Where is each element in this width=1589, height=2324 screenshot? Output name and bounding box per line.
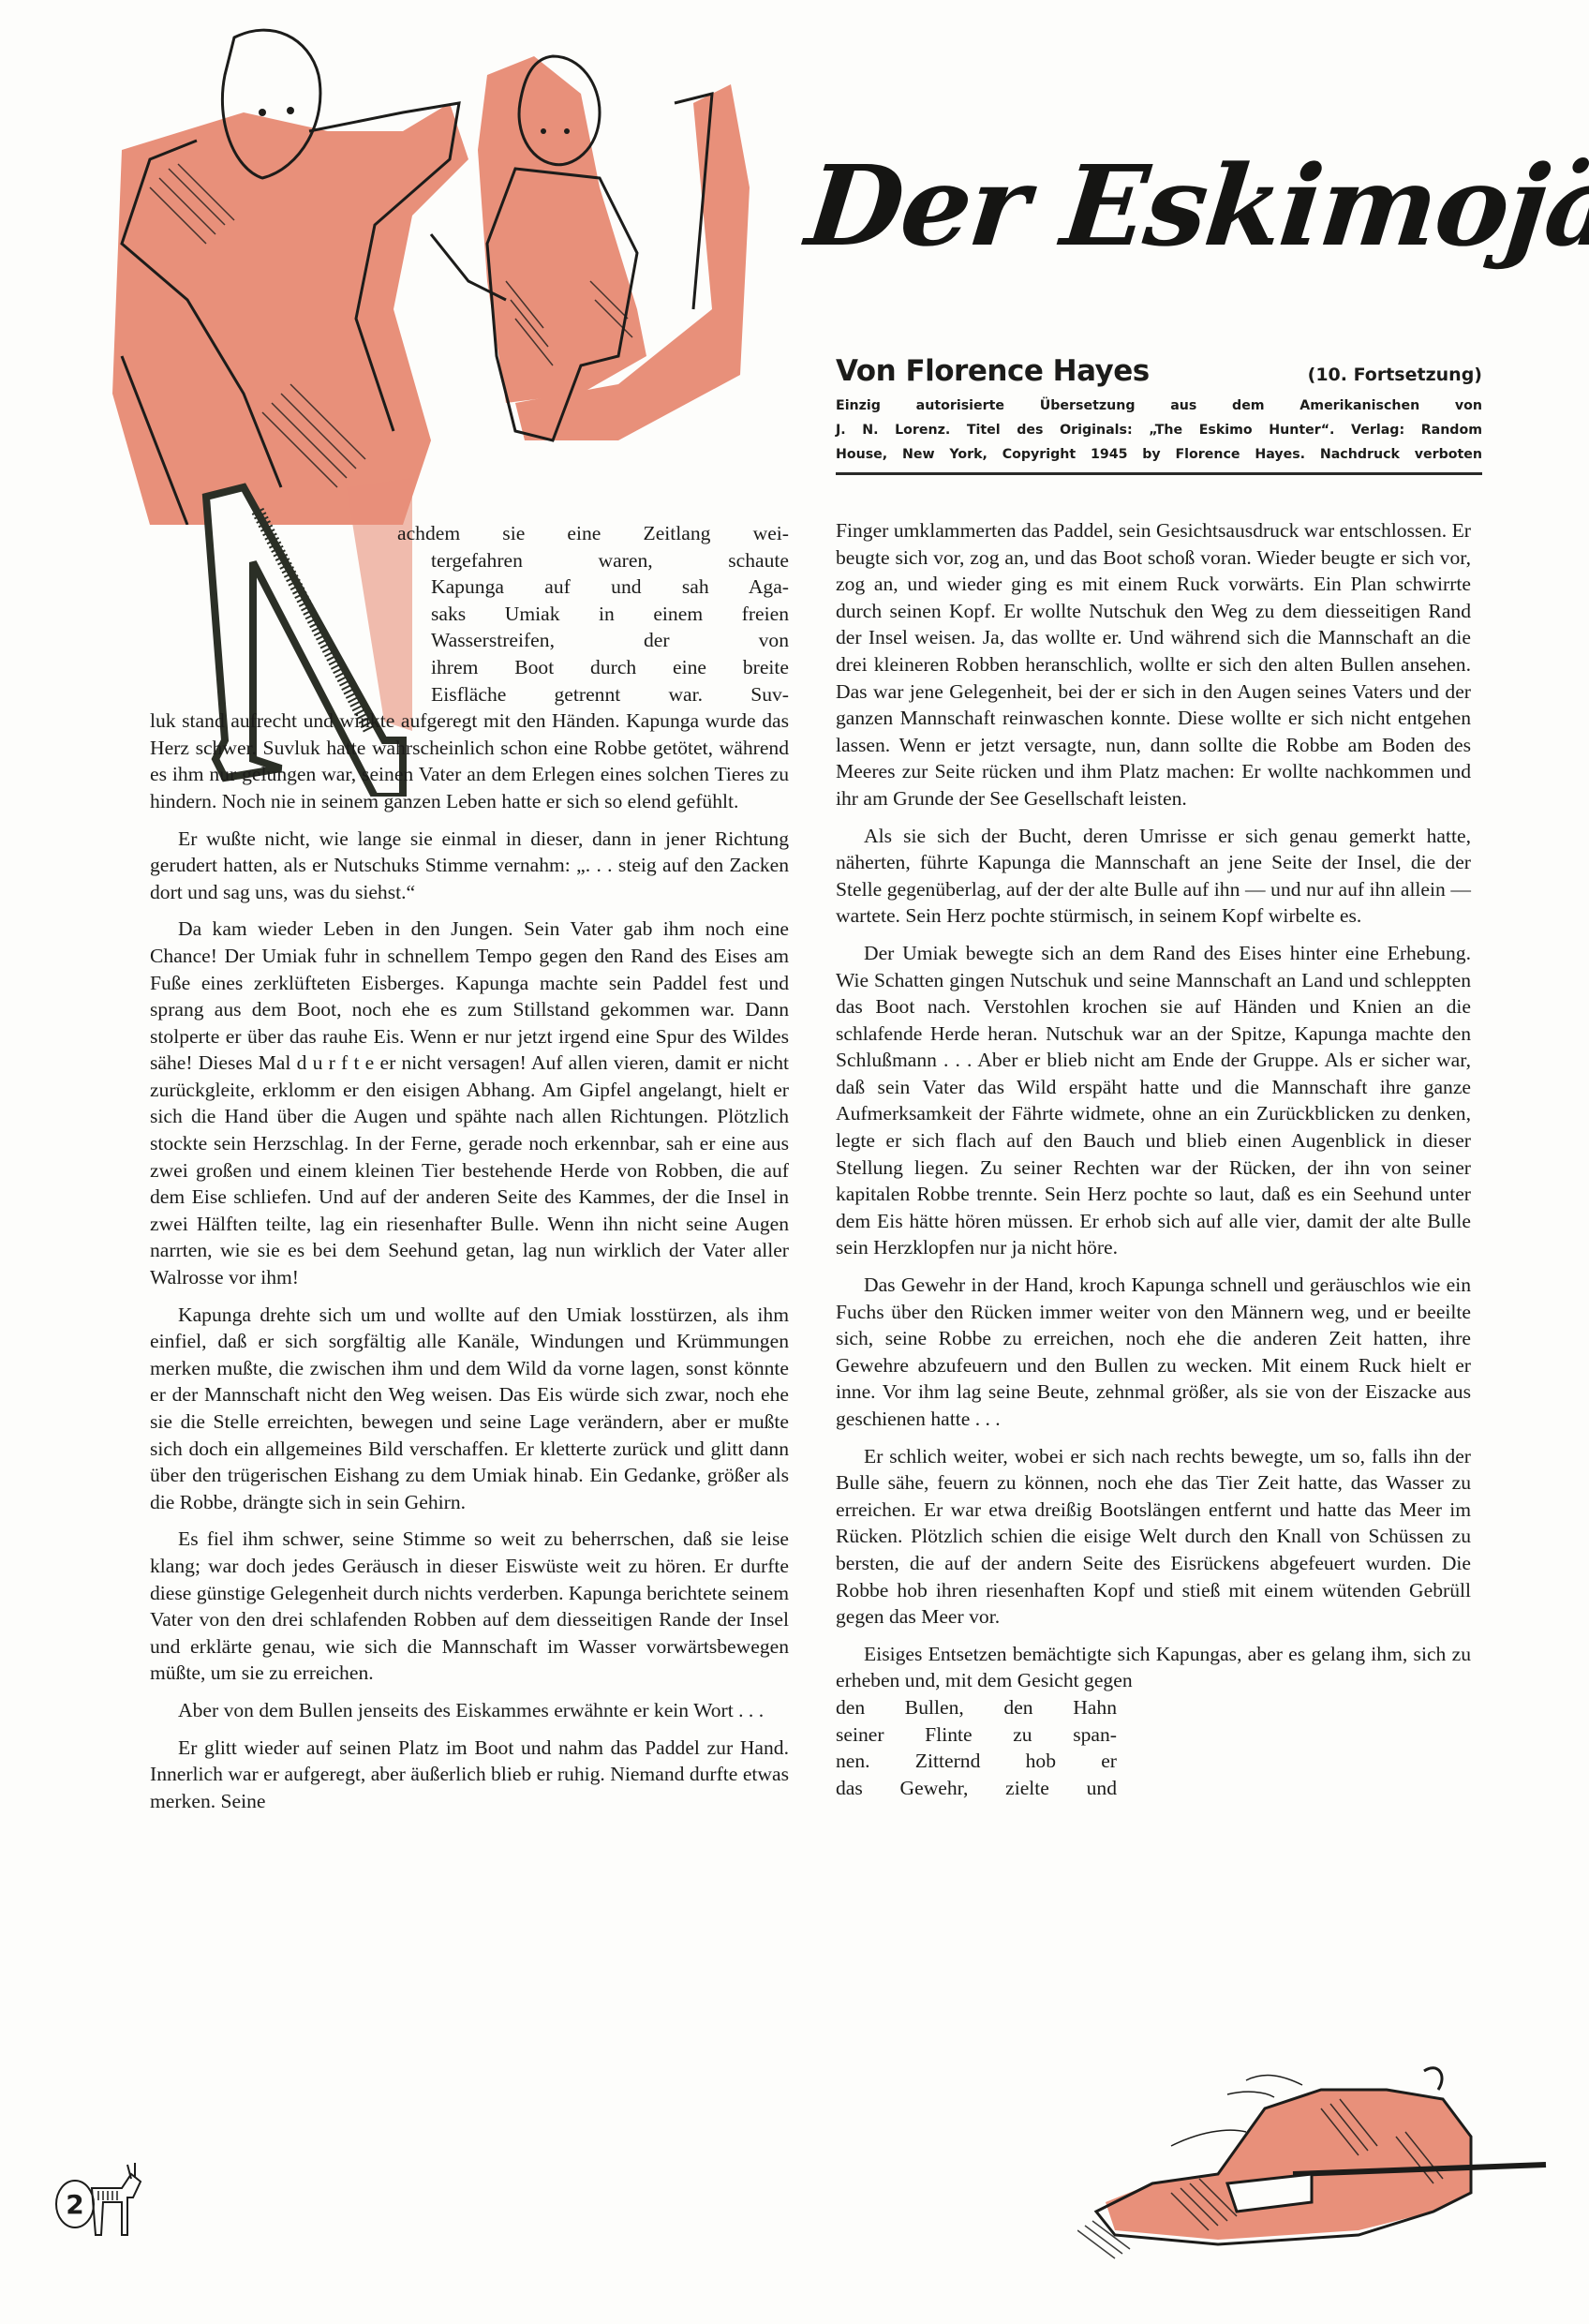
paragraph: Aber von dem Bullen jenseits des Eiskamm… bbox=[150, 1697, 789, 1724]
article-title: Der Eskimojäger bbox=[801, 141, 1555, 272]
text-line: achdem sie eine Zeitlang wei- bbox=[397, 520, 789, 547]
author-row: Von Florence Hayes (10. Fortsetzung) bbox=[836, 354, 1482, 388]
text-line: den Bullen, den Hahn bbox=[836, 1694, 1117, 1721]
wrapped-lines: den Bullen, den Hahn seiner Flinte zu sp… bbox=[836, 1694, 1117, 1801]
dropcap-indented-lines: achdem sie eine Zeitlang wei- tergefahre… bbox=[150, 520, 789, 708]
translation-credits: Einzig autorisierte Übersetzung aus dem … bbox=[836, 394, 1482, 467]
eskimo-hunter-illustration-icon bbox=[94, 0, 806, 525]
page-number-badge: 2 bbox=[47, 2146, 150, 2249]
paragraph: Eisiges Entsetzen bemächtigte sich Kapun… bbox=[836, 1641, 1471, 1694]
left-column: achdem sie eine Zeitlang wei- tergefahre… bbox=[150, 520, 789, 1825]
header-illustration bbox=[94, 0, 806, 525]
author-name: Von Florence Hayes bbox=[836, 354, 1150, 388]
paragraph: Er glitt wieder auf seinen Platz im Boot… bbox=[150, 1735, 789, 1815]
credits-line: Einzig autorisierte Übersetzung aus dem … bbox=[836, 394, 1482, 418]
installment-label: (10. Fortsetzung) bbox=[1308, 365, 1482, 385]
paragraph: Das Gewehr in der Hand, kroch Kapunga sc… bbox=[836, 1272, 1471, 1433]
text-line: Eisfläche getrennt war. Suv- bbox=[431, 681, 789, 708]
paragraph: Da kam wieder Leben in den Jungen. Sein … bbox=[150, 916, 789, 1290]
text-line: ihrem Boot durch eine breite bbox=[431, 654, 789, 681]
byline-block: Von Florence Hayes (10. Fortsetzung) Ein… bbox=[836, 354, 1482, 475]
donkey-icon: 2 bbox=[47, 2146, 150, 2249]
right-column: Finger umklammerten das Paddel, sein Ges… bbox=[836, 517, 1471, 1801]
paragraph: Kapunga drehte sich um und wollte auf de… bbox=[150, 1302, 789, 1516]
paragraph: Als sie sich der Bucht, deren Umrisse er… bbox=[836, 823, 1471, 930]
credits-line: J. N. Lorenz. Titel des Originals: „The … bbox=[836, 418, 1482, 442]
text-line: tergefahren waren, schaute bbox=[431, 547, 789, 574]
paragraph: Finger umklammerten das Paddel, sein Ges… bbox=[836, 517, 1471, 812]
text-line: Kapunga auf und sah Aga- bbox=[431, 574, 789, 601]
text-line: Wasserstreifen, der von bbox=[431, 627, 789, 654]
title-divider bbox=[836, 472, 1482, 475]
paragraph: Er schlich weiter, wobei er sich nach re… bbox=[836, 1443, 1471, 1631]
paragraph: luk stand aufrecht und winkte aufgeregt … bbox=[150, 708, 789, 814]
hunter-with-rifle-icon bbox=[1077, 2052, 1589, 2277]
text-line: seiner Flinte zu span- bbox=[836, 1721, 1117, 1749]
page-number: 2 bbox=[66, 2189, 83, 2220]
paragraph: Er wußte nicht, wie lange sie einmal in … bbox=[150, 826, 789, 906]
text-line: das Gewehr, zielte und bbox=[836, 1775, 1117, 1802]
footer-illustration bbox=[1077, 2052, 1589, 2277]
text-line: nen. Zitternd hob er bbox=[836, 1748, 1117, 1775]
paragraph: Es fiel ihm schwer, seine Stimme so weit… bbox=[150, 1526, 789, 1687]
paragraph: Der Umiak bewegte sich an dem Rand des E… bbox=[836, 940, 1471, 1261]
credits-line: House, New York, Copyright 1945 by Flore… bbox=[836, 442, 1482, 467]
text-line: saks Umiak in einem freien bbox=[431, 601, 789, 628]
